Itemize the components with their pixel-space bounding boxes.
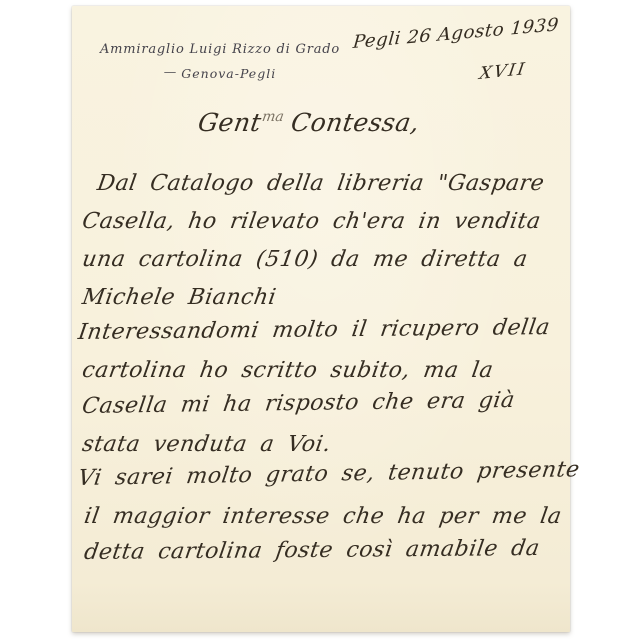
handwritten-line: cartolina ho scritto subito, ma la: [80, 356, 495, 386]
letterhead-name: Ammiraglio Luigi Rizzo di Grado: [90, 42, 350, 57]
letter-paper: Ammiraglio Luigi Rizzo di Grado —Genova-…: [72, 6, 570, 632]
handwritten-line: Casella, ho rilevato ch'era in vendita: [80, 207, 543, 237]
handwritten-line: il maggior interesse che ha per me la: [82, 502, 564, 532]
handwritten-line: Vi sarei molto grato se, tenuto presente: [76, 455, 582, 494]
handwritten-line: Dal Catalogo della libreria "Gaspare: [95, 169, 547, 199]
letterhead-city-text: Genova-Pegli: [181, 66, 276, 81]
salutation: Gentma Contessa,: [196, 108, 422, 137]
date-line: Pegli 26 Agosto 1939: [352, 14, 560, 53]
handwritten-line: detta cartolina foste così amabile da: [82, 534, 542, 568]
salutation-rest: Contessa,: [281, 108, 422, 137]
letterhead-dash: —: [164, 64, 178, 79]
salutation-superscript: ma: [261, 109, 285, 125]
handwritten-line: una cartolina (510) da me diretta a: [80, 245, 530, 275]
handwritten-line: Michele Bianchi: [80, 283, 278, 313]
photo-background: Ammiraglio Luigi Rizzo di Grado —Genova-…: [0, 0, 640, 640]
handwritten-line: Casella mi ha risposto che era già: [80, 386, 517, 422]
letterhead-city: —Genova-Pegli: [90, 66, 350, 81]
fascist-era-year: XVII: [478, 59, 528, 84]
handwritten-line: Interessandomi molto il ricupero della: [76, 313, 552, 348]
salutation-prefix: Gent: [196, 108, 264, 137]
handwritten-line: stata venduta a Voi.: [80, 430, 333, 460]
